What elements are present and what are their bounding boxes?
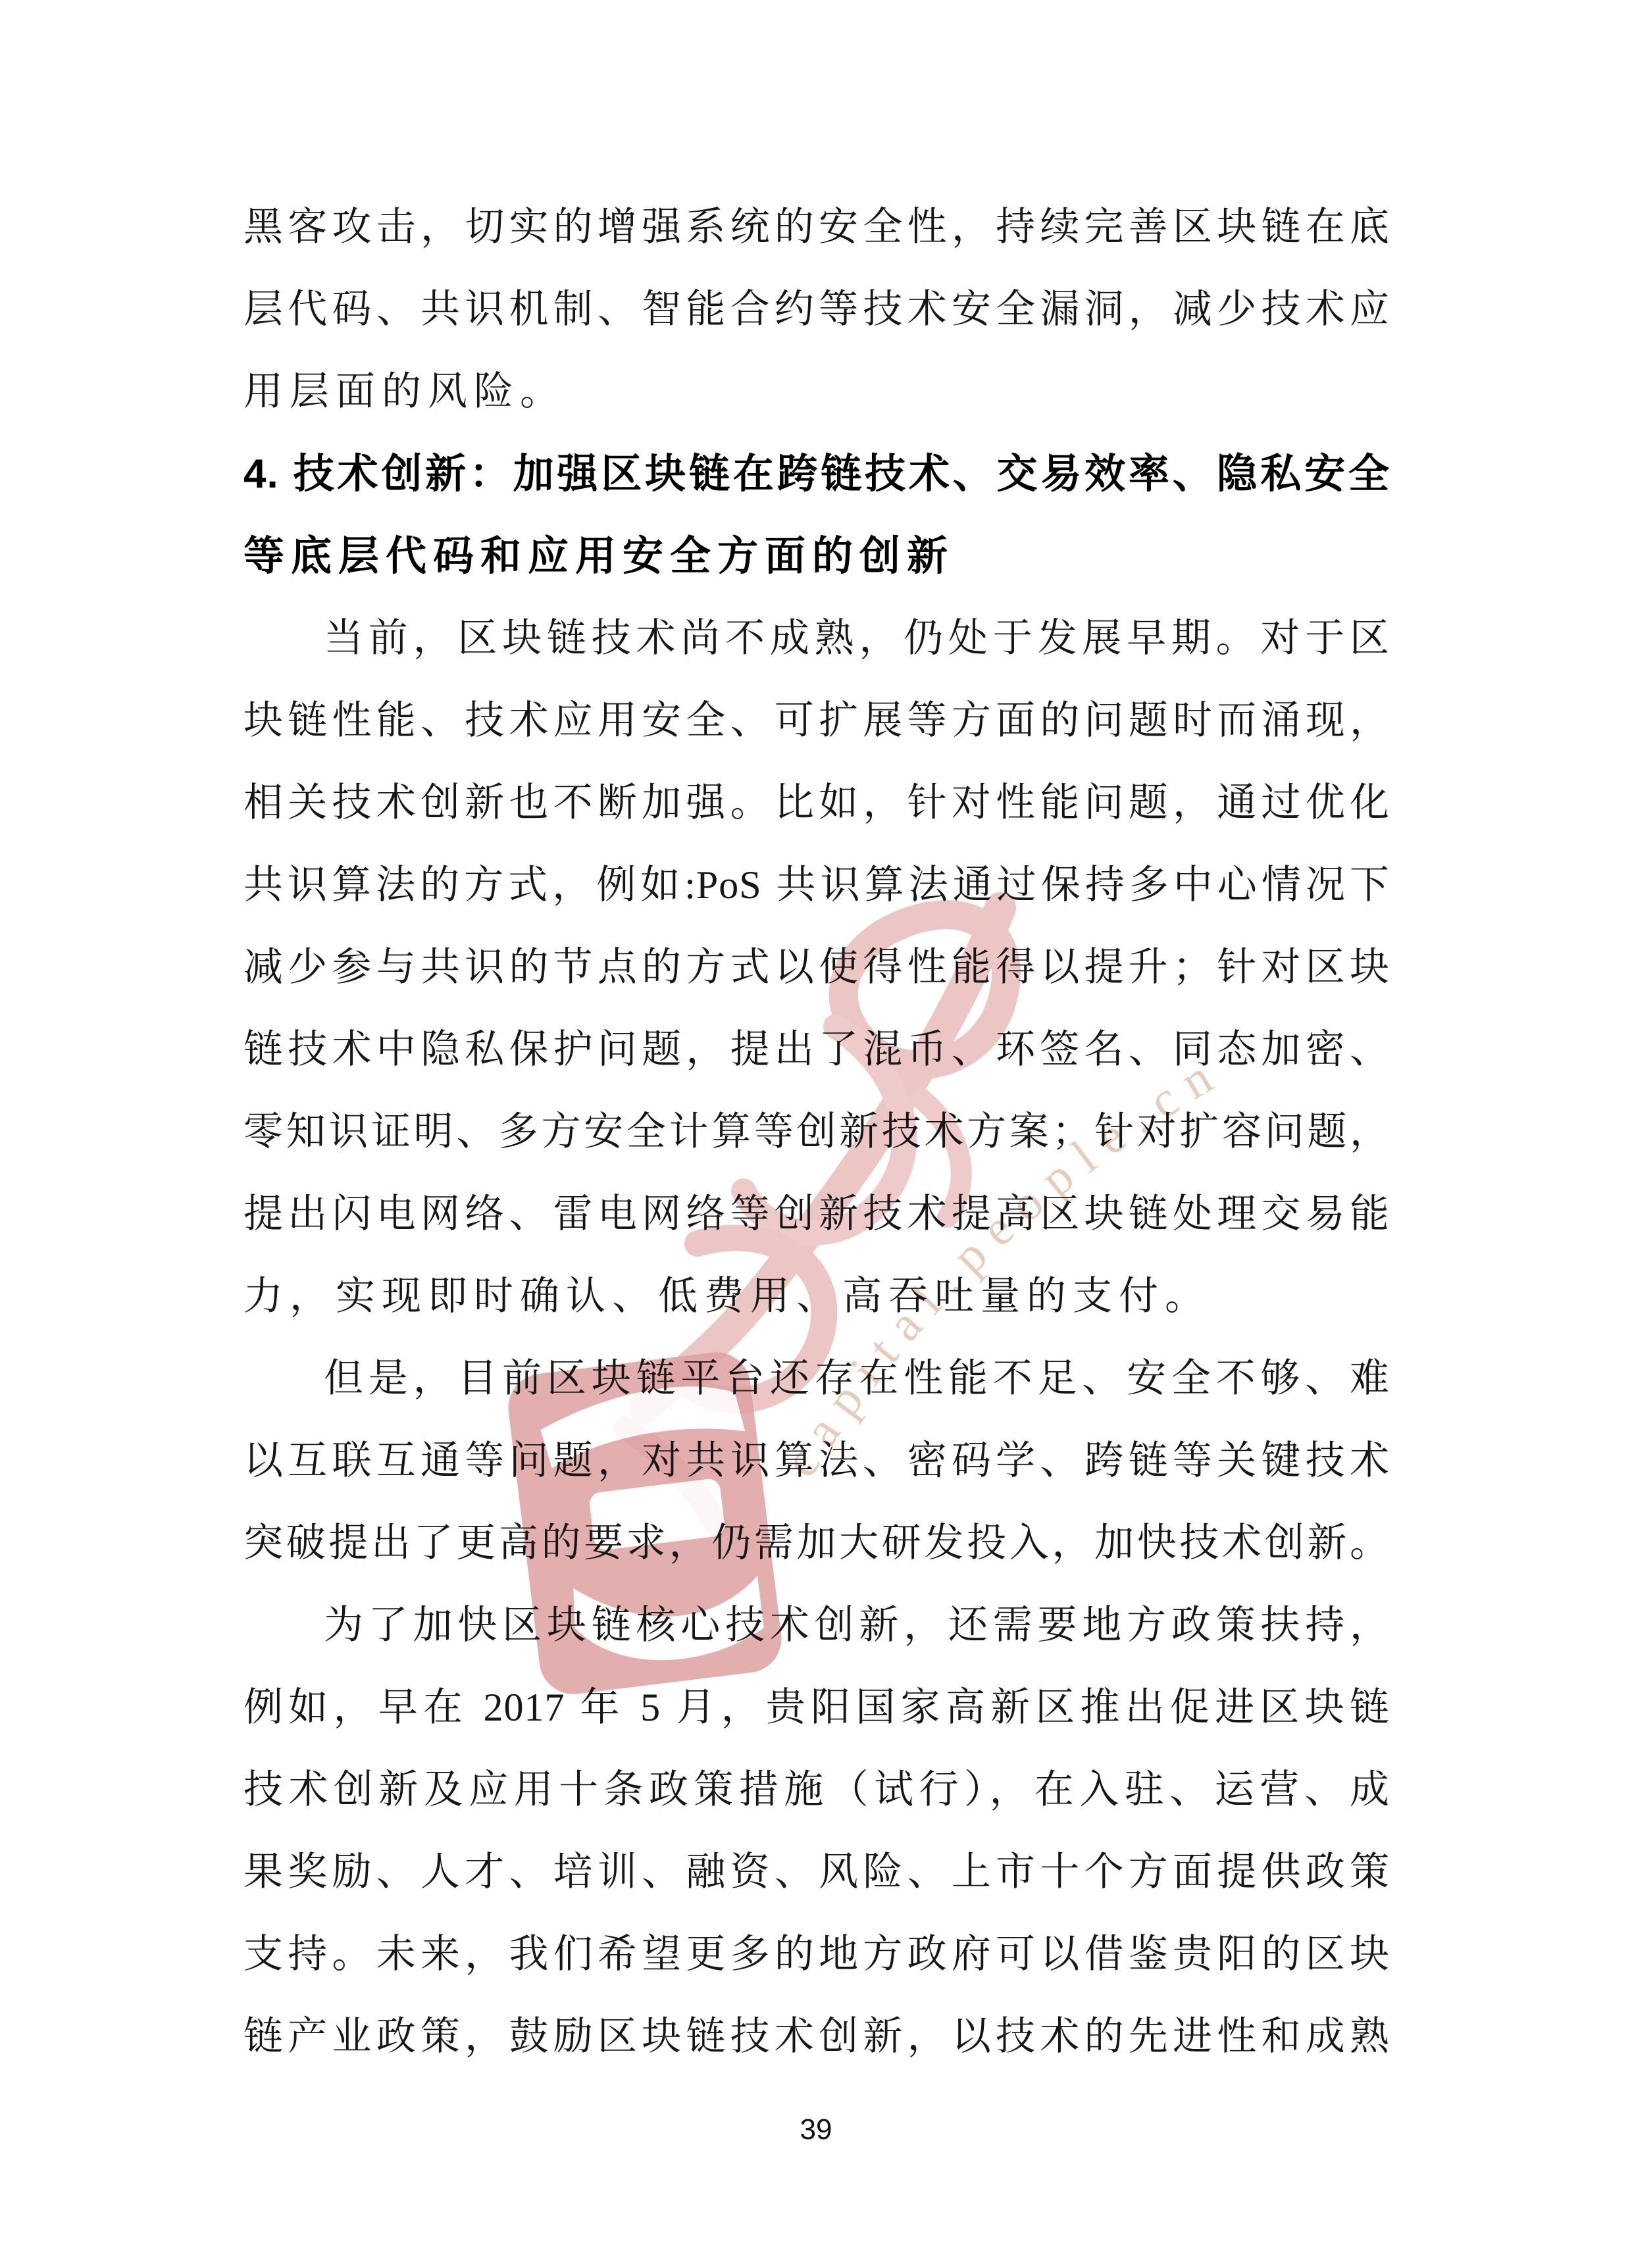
- section-heading-line: 等底层代码和应用安全方面的创新: [243, 515, 1390, 597]
- body-line: 块链性能、技术应用安全、可扩展等方面的问题时而涌现，: [243, 680, 1390, 762]
- document-page: capital.people.cn 黑客攻击，切实的增强系统的安全性，持续完善区…: [0, 0, 1632, 2268]
- body-line: 当前，区块链技术尚不成熟，仍处于发展早期。对于区: [243, 597, 1390, 680]
- body-line: 但是，目前区块链平台还存在性能不足、安全不够、难: [243, 1338, 1390, 1420]
- body-line: 层代码、共识机制、智能合约等技术安全漏洞，减少技术应: [243, 268, 1390, 351]
- body-line: 例如，早在 2017 年 5 月，贵阳国家高新区推出促进区块链: [243, 1667, 1390, 1749]
- body-line: 果奖励、人才、培训、融资、风险、上市十个方面提供政策: [243, 1831, 1390, 1913]
- section-heading-line: 4. 技术创新：加强区块链在跨链技术、交易效率、隐私安全: [243, 433, 1390, 515]
- body-line: 突破提出了更高的要求，仍需加大研发投入，加快技术创新。: [243, 1502, 1390, 1584]
- body-line: 共识算法的方式，例如:PoS 共识算法通过保持多中心情况下: [243, 844, 1390, 926]
- body-line: 黑客攻击，切实的增强系统的安全性，持续完善区块链在底: [243, 186, 1390, 268]
- body-line: 提出闪电网络、雷电网络等创新技术提高区块链处理交易能: [243, 1173, 1390, 1255]
- body-line: 减少参与共识的节点的方式以使得性能得以提升；针对区块: [243, 926, 1390, 1009]
- document-body: 黑客攻击，切实的增强系统的安全性，持续完善区块链在底 层代码、共识机制、智能合约…: [243, 186, 1390, 2078]
- body-line: 零知识证明、多方安全计算等创新技术方案；针对扩容问题，: [243, 1091, 1390, 1173]
- body-line: 以互联互通等问题，对共识算法、密码学、跨链等关键技术: [243, 1420, 1390, 1502]
- body-line: 链技术中隐私保护问题，提出了混币、环签名、同态加密、: [243, 1009, 1390, 1091]
- page-number: 39: [0, 2113, 1632, 2146]
- body-line: 为了加快区块链核心技术创新，还需要地方政策扶持，: [243, 1584, 1390, 1667]
- body-line: 链产业政策，鼓励区块链技术创新，以技术的先进性和成熟: [243, 1996, 1390, 2078]
- body-line: 技术创新及应用十条政策措施（试行），在入驻、运营、成: [243, 1749, 1390, 1831]
- body-line: 支持。未来，我们希望更多的地方政府可以借鉴贵阳的区块: [243, 1913, 1390, 1996]
- body-line: 用层面的风险。: [243, 351, 1390, 433]
- body-line: 相关技术创新也不断加强。比如，针对性能问题，通过优化: [243, 762, 1390, 844]
- body-line: 力，实现即时确认、低费用、高吞吐量的支付。: [243, 1255, 1390, 1338]
